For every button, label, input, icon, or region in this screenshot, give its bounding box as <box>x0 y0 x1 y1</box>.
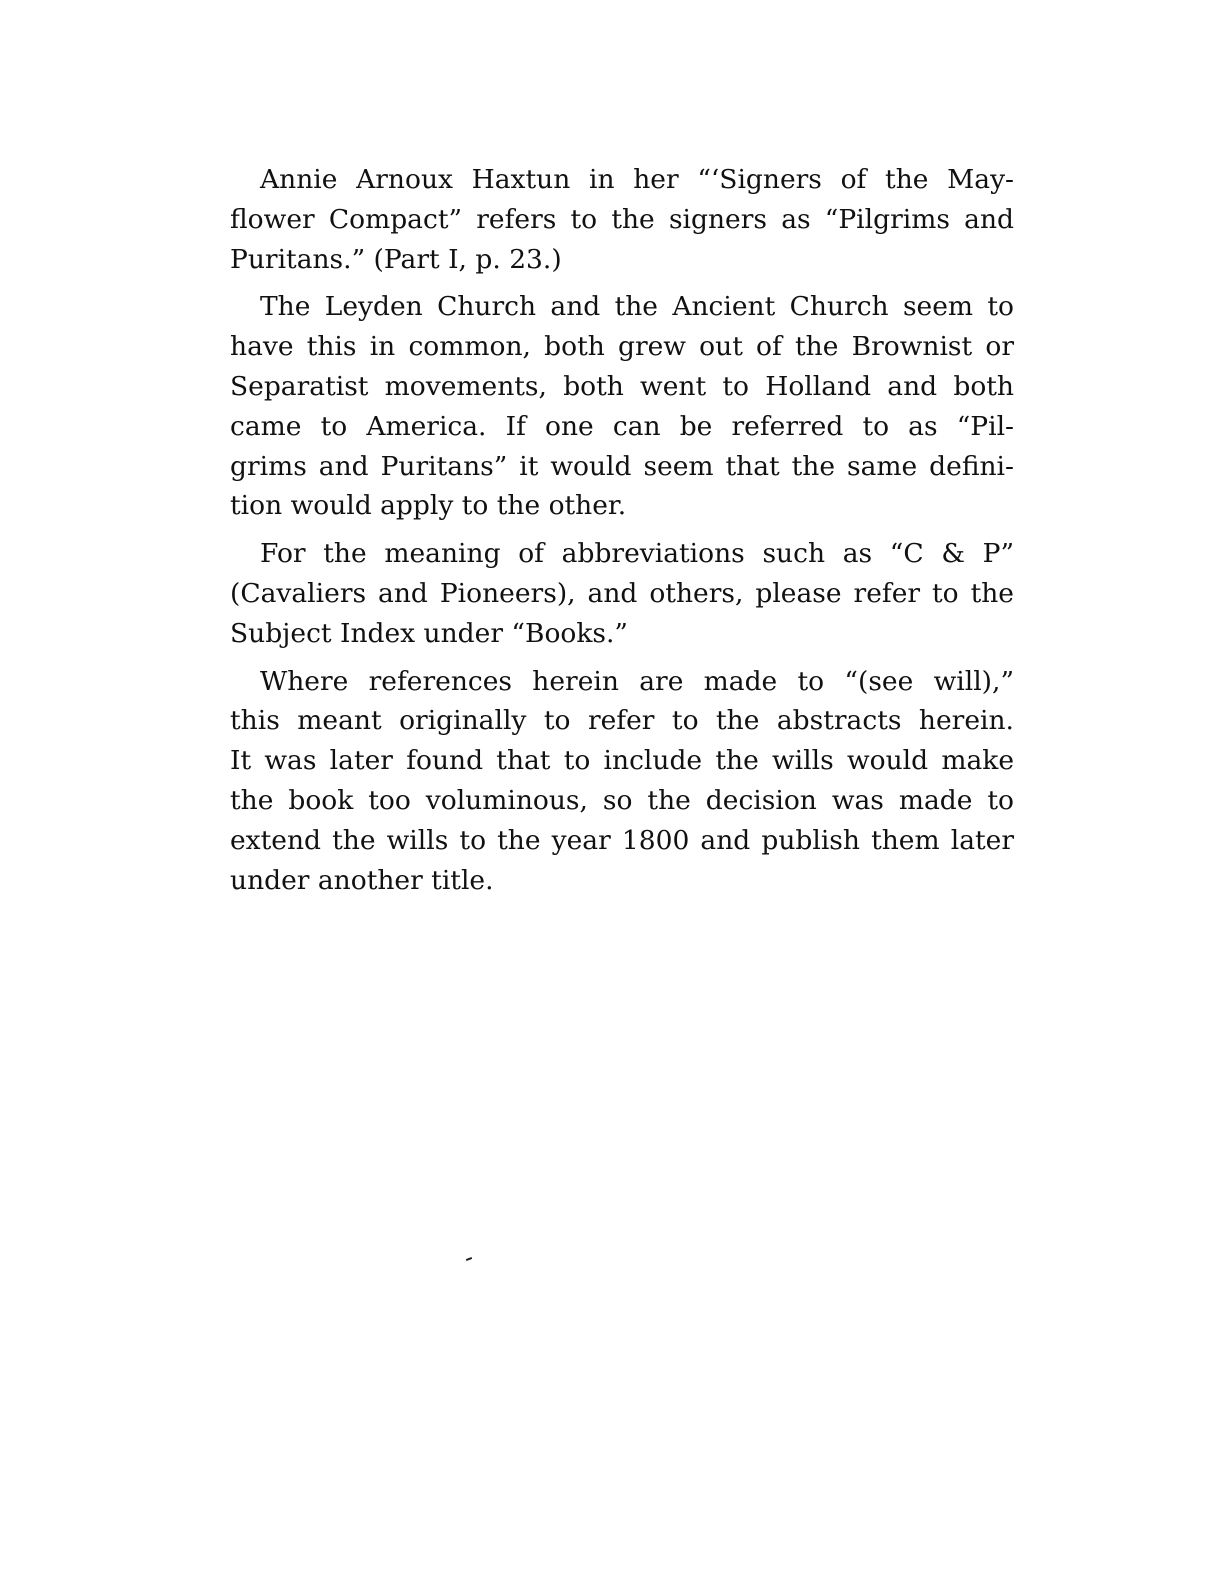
text-line: have this in common, both grew out of th… <box>230 327 1014 367</box>
text-line: came to America. If one can be referred … <box>230 407 1014 447</box>
text-line: Annie Arnoux Haxtun in her “‘Signers of … <box>230 160 1014 200</box>
text-line: The Leyden Church and the Ancient Church… <box>230 287 1014 327</box>
text-line: tion would apply to the other. <box>230 486 1014 526</box>
text-line: Where references herein are made to “(se… <box>230 662 1014 702</box>
text-line: Subject Index under “Books.” <box>230 614 1014 654</box>
paragraph-abbreviations: For the meaning of abbreviations such as… <box>230 534 1014 653</box>
paragraph-see-will: Where references herein are made to “(se… <box>230 662 1014 901</box>
text-line: (Cavaliers and Pioneers), and others, pl… <box>230 574 1014 614</box>
scan-artifact-mark <box>466 1257 472 1261</box>
text-line: Separatist movements, both went to Holla… <box>230 367 1014 407</box>
text-line: extend the wills to the year 1800 and pu… <box>230 821 1014 861</box>
paragraph-leyden-church: The Leyden Church and the Ancient Church… <box>230 287 1014 526</box>
text-line: Puritans.” (Part I, p. 23.) <box>230 240 1014 280</box>
text-line: under another title. <box>230 861 1014 901</box>
paragraph-signers-reference: Annie Arnoux Haxtun in her “‘Signers of … <box>230 160 1014 279</box>
text-line: For the meaning of abbreviations such as… <box>230 534 1014 574</box>
text-line: the book too voluminous, so the decision… <box>230 781 1014 821</box>
text-line: grims and Puritans” it would seem that t… <box>230 447 1014 487</box>
text-line: It was later found that to include the w… <box>230 741 1014 781</box>
document-page: Annie Arnoux Haxtun in her “‘Signers of … <box>230 160 1014 908</box>
text-line: this meant originally to refer to the ab… <box>230 701 1014 741</box>
text-line: flower Compact” refers to the signers as… <box>230 200 1014 240</box>
